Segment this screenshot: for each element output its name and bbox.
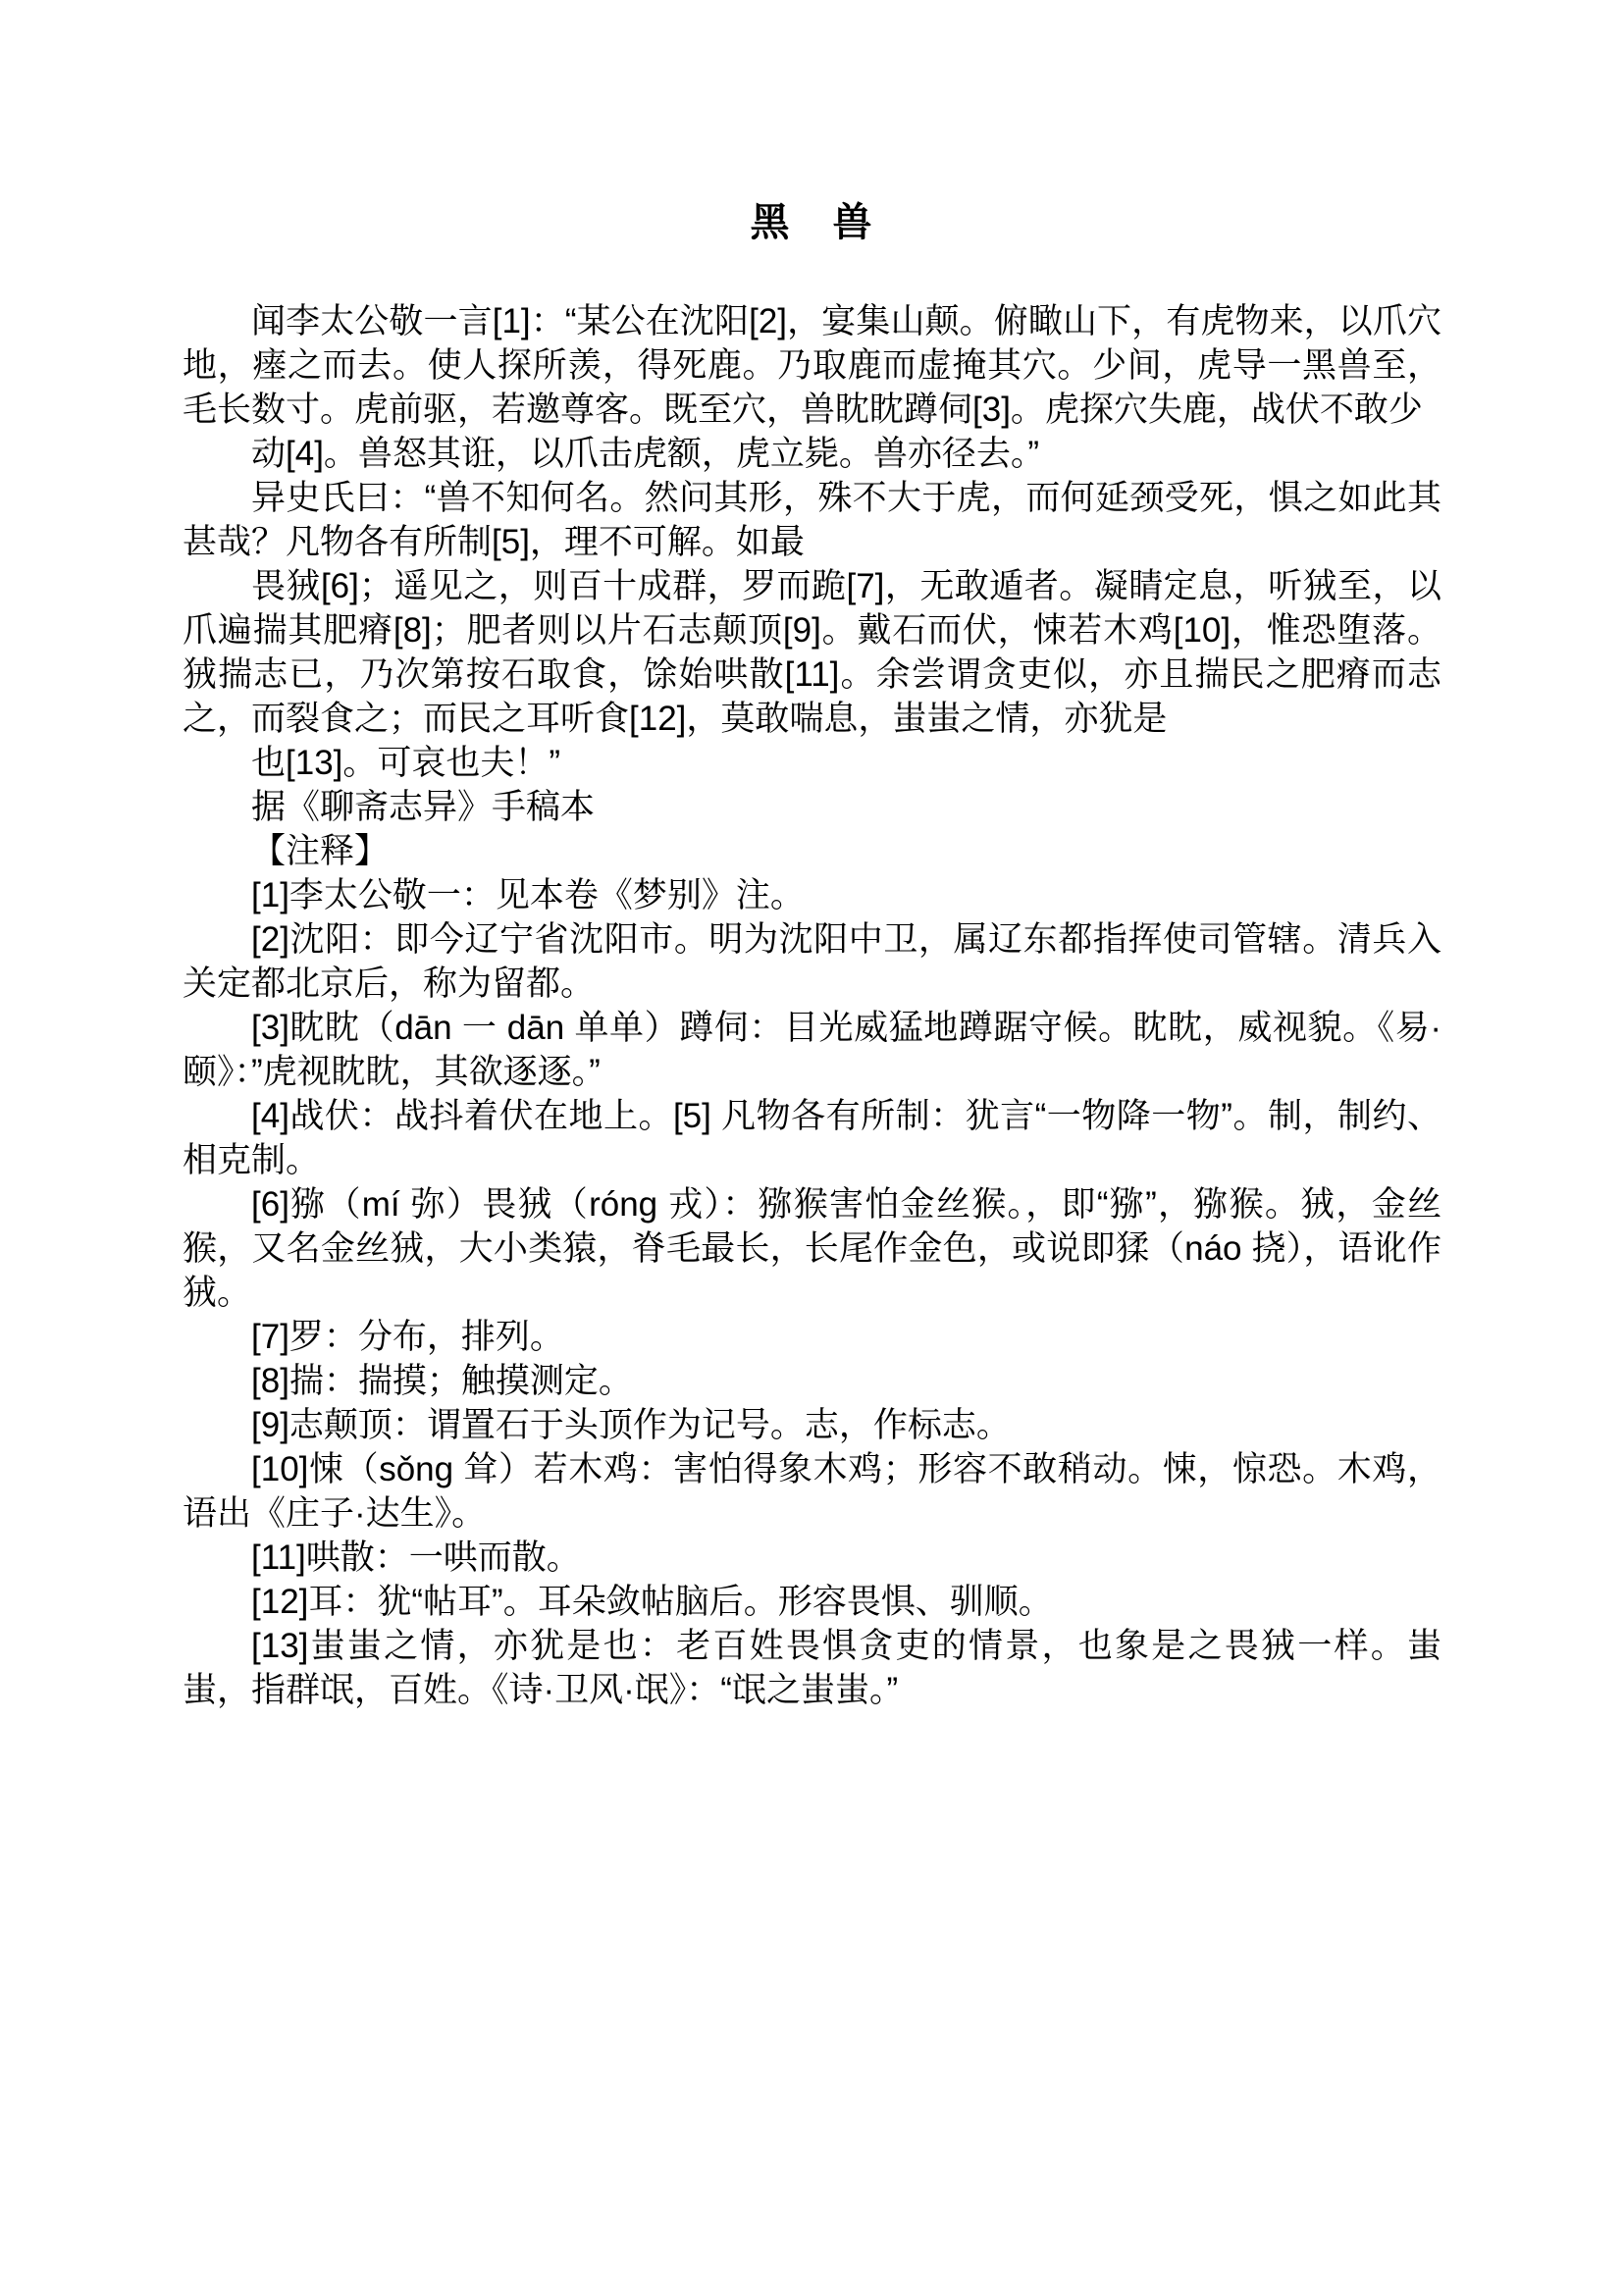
note-item: [3]眈眈（dān 一 dān 单单）蹲伺：目光威猛地蹲踞守候。眈眈，威视貌。《… [183, 1006, 1441, 1094]
story-body: 闻李太公敬一言[1]：“某公在沈阳[2]，宴集山颠。俯瞰山下，有虎物来，以爪穴地… [183, 299, 1441, 785]
story-paragraph: 也[13]。可哀也夫！” [183, 741, 1441, 785]
note-item: [13]蚩蚩之情，亦犹是也：老百姓畏惧贪吏的情景，也象是之畏狨一样。蚩蚩，指群氓… [183, 1624, 1441, 1712]
story-paragraph: 闻李太公敬一言[1]：“某公在沈阳[2]，宴集山颠。俯瞰山下，有虎物来，以爪穴地… [183, 299, 1441, 432]
note-item: [10]悚（sǒng 耸）若木鸡：害怕得象木鸡；形容不敢稍动。悚，惊恐。木鸡，语… [183, 1447, 1441, 1536]
note-item: [7]罗：分布，排列。 [183, 1315, 1441, 1359]
note-item: [1]李太公敬一：见本卷《梦别》注。 [183, 873, 1441, 917]
note-item: [6]猕（mí 弥）畏狨（róng 戎）：猕猴害怕金丝猴。，即“猕”，猕猴。狨，… [183, 1182, 1441, 1315]
source-attribution: 据《聊斋志异》手稿本 [183, 785, 1441, 829]
document-page: 黑 兽 闻李太公敬一言[1]：“某公在沈阳[2]，宴集山颠。俯瞰山下，有虎物来，… [0, 0, 1624, 2294]
notes-header: 【注释】 [183, 829, 1441, 873]
notes-section: [1]李太公敬一：见本卷《梦别》注。 [2]沈阳：即今辽宁省沈阳市。明为沈阳中卫… [183, 873, 1441, 1712]
note-item: [8]揣：揣摸；触摸测定。 [183, 1359, 1441, 1403]
note-item: [11]哄散：一哄而散。 [183, 1536, 1441, 1580]
page-title: 黑 兽 [183, 201, 1441, 245]
note-item: [9]志颠顶：谓置石于头顶作为记号。志，作标志。 [183, 1403, 1441, 1447]
note-item: [2]沈阳：即今辽宁省沈阳市。明为沈阳中卫，属辽东都指挥使司管辖。清兵入关定都北… [183, 917, 1441, 1006]
note-item: [4]战伏：战抖着伏在地上。[5] 凡物各有所制：犹言“一物降一物”。制，制约、… [183, 1094, 1441, 1182]
story-paragraph: 异史氏曰：“兽不知何名。然问其形，殊不大于虎，而何延颈受死，惧之如此其甚哉？凡物… [183, 476, 1441, 564]
note-item: [12]耳：犹“帖耳”。耳朵敛帖脑后。形容畏惧、驯顺。 [183, 1580, 1441, 1624]
story-paragraph: 动[4]。兽怒其诳，以爪击虎额，虎立毙。兽亦径去。” [183, 432, 1441, 476]
story-paragraph: 畏狨[6]；遥见之，则百十成群，罗而跪[7]，无敢遁者。凝睛定息，听狨至，以爪遍… [183, 564, 1441, 741]
